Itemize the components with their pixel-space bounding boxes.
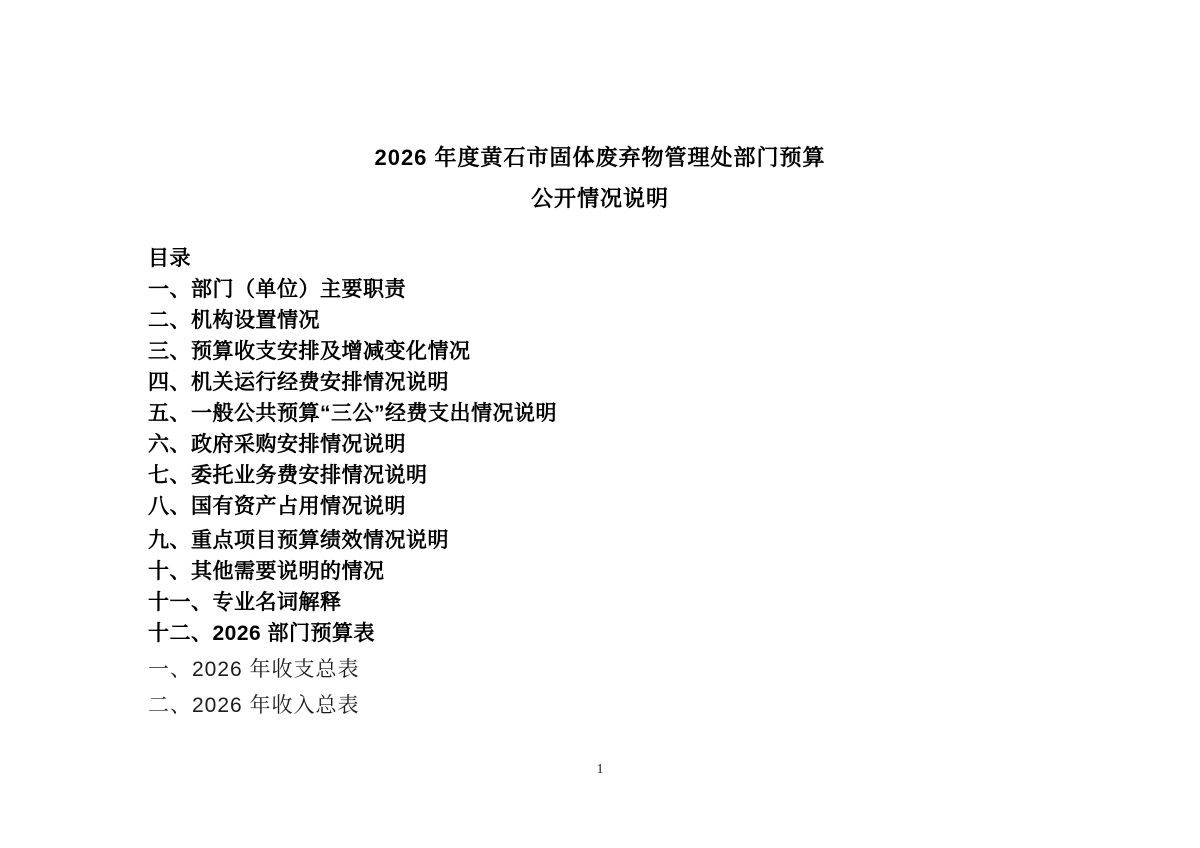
document-title-line1: 2026 年度黄石市固体废弃物管理处部门预算 — [0, 137, 1200, 178]
toc-item: 十一、专业名词解释 — [148, 587, 1068, 618]
toc-item: 二、机构设置情况 — [148, 305, 1068, 336]
toc-item: 一、部门（单位）主要职责 — [148, 274, 1068, 305]
table-of-contents: 目录 一、部门（单位）主要职责 二、机构设置情况 三、预算收支安排及增减变化情况… — [148, 243, 1068, 721]
toc-item: 四、机关运行经费安排情况说明 — [148, 367, 1068, 398]
toc-item: 五、一般公共预算“三公”经费支出情况说明 — [148, 398, 1068, 429]
document-title-line2: 公开情况说明 — [0, 178, 1200, 219]
toc-heading: 目录 — [148, 243, 1068, 274]
toc-item: 十、其他需要说明的情况 — [148, 556, 1068, 587]
toc-sub-item: 一、2026 年收支总表 — [148, 654, 1068, 685]
toc-item: 三、预算收支安排及增减变化情况 — [148, 336, 1068, 367]
toc-item: 六、政府采购安排情况说明 — [148, 429, 1068, 460]
document-page: 2026 年度黄石市固体废弃物管理处部门预算 公开情况说明 目录 一、部门（单位… — [0, 0, 1200, 848]
toc-item: 八、国有资产占用情况说明 — [148, 491, 1068, 522]
toc-item: 十二、2026 部门预算表 — [148, 618, 1068, 649]
toc-item: 七、委托业务费安排情况说明 — [148, 460, 1068, 491]
toc-item: 九、重点项目预算绩效情况说明 — [148, 525, 1068, 556]
page-number: 1 — [0, 762, 1200, 778]
toc-sub-item: 二、2026 年收入总表 — [148, 690, 1068, 721]
document-title: 2026 年度黄石市固体废弃物管理处部门预算 公开情况说明 — [0, 137, 1200, 219]
